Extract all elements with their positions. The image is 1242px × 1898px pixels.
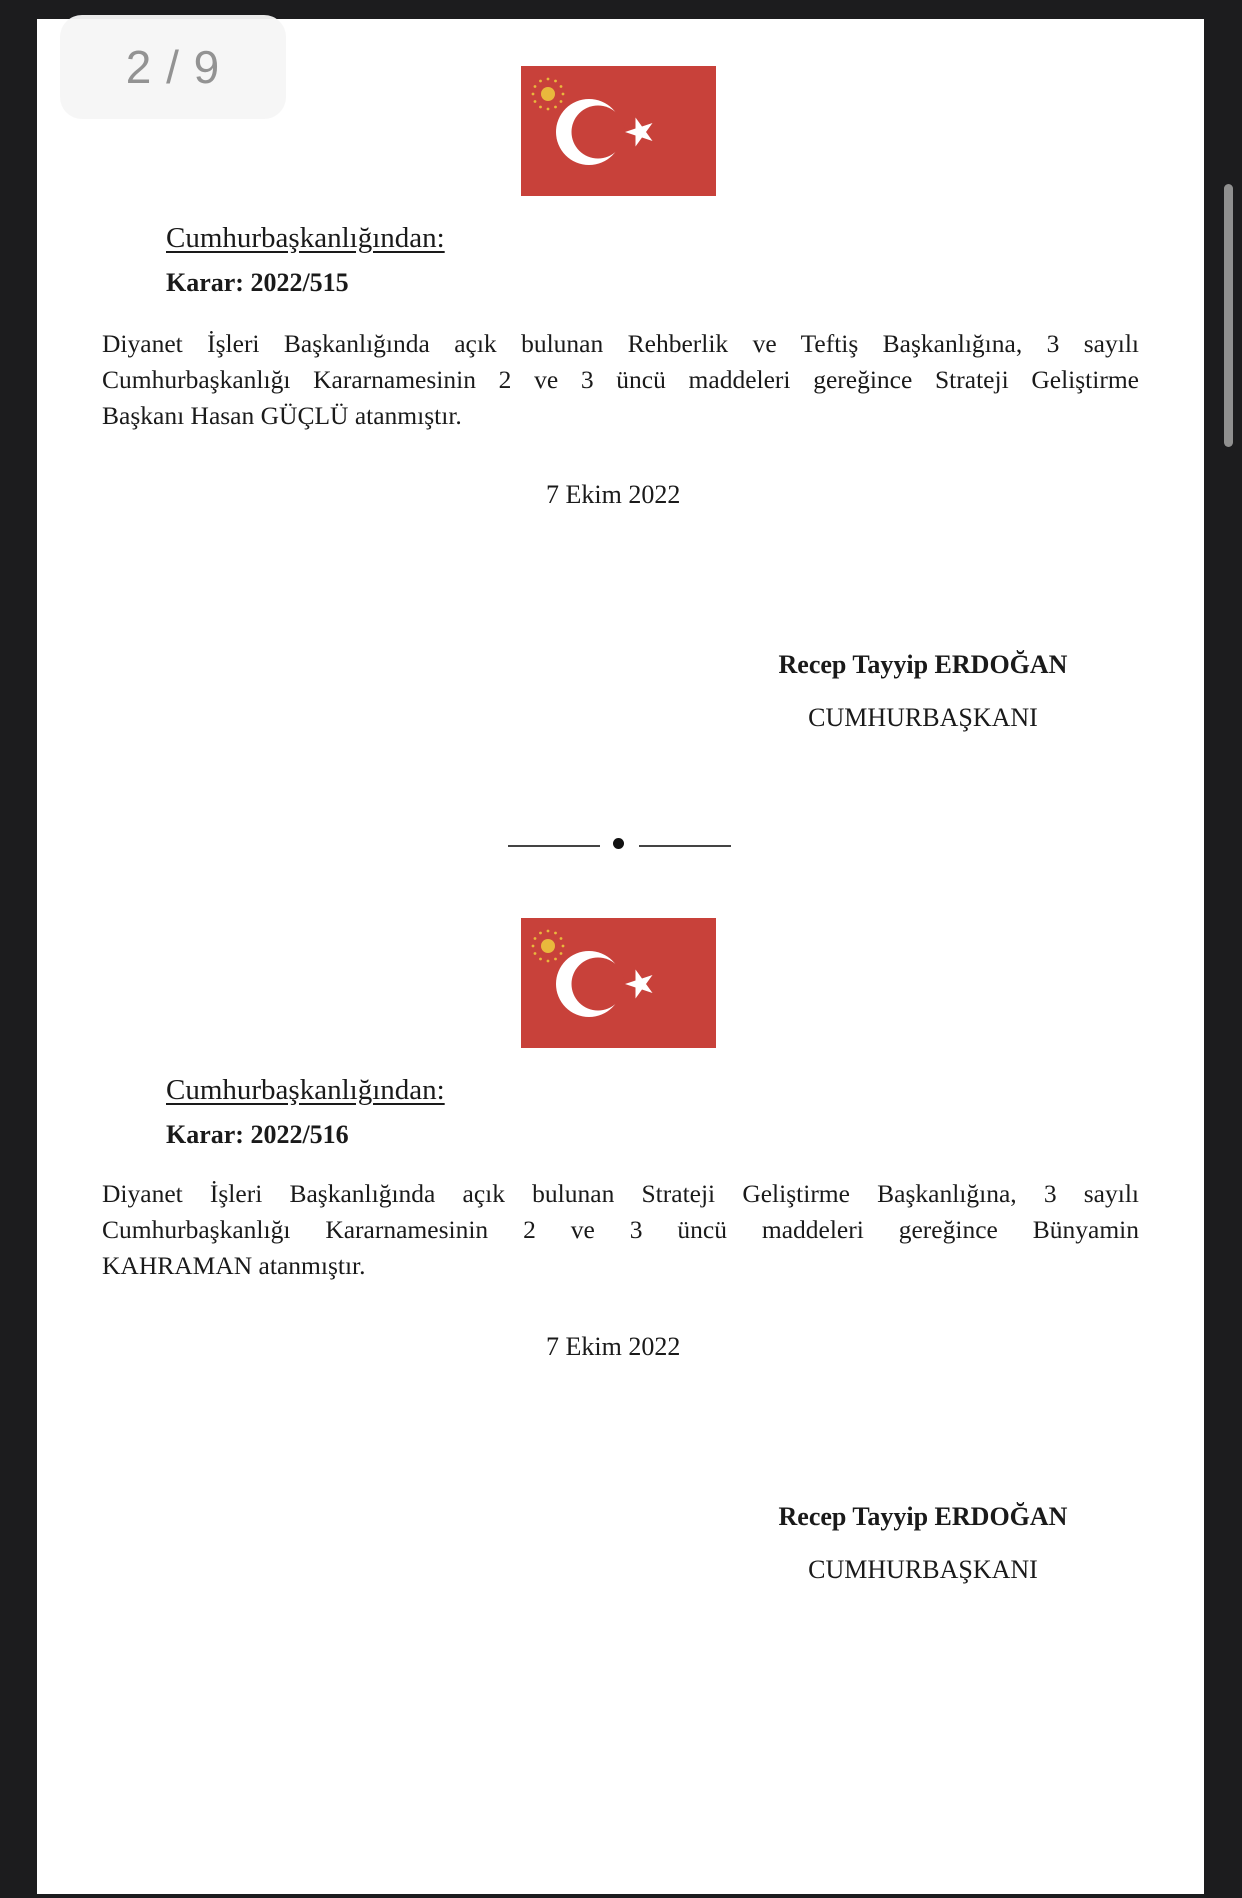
signatory-name: Recep Tayyip ERDOĞAN (763, 1502, 1083, 1532)
decision-body: Diyanet İşleri Başkanlığında açık buluna… (102, 1176, 1139, 1284)
divider-line-left (508, 845, 600, 847)
decision-body-line: KAHRAMAN atanmıştır. (102, 1248, 1139, 1284)
divider-dot (613, 838, 624, 849)
decision-body: Diyanet İşleri Başkanlığında açık buluna… (102, 326, 1139, 434)
signatory-title: CUMHURBAŞKANI (763, 1555, 1083, 1585)
presidential-flag-icon (521, 66, 716, 196)
decision-heading: Cumhurbaşkanlığından: (166, 222, 445, 255)
decision-body-line: Diyanet İşleri Başkanlığında açık buluna… (102, 326, 1139, 362)
decision-date: 7 Ekim 2022 (546, 480, 680, 510)
decision-heading: Cumhurbaşkanlığından: (166, 1074, 445, 1107)
decision-body-line: Cumhurbaşkanlığı Kararnamesinin 2 ve 3 ü… (102, 362, 1139, 398)
signatory-title: CUMHURBAŞKANI (763, 703, 1083, 733)
divider-line-right (639, 845, 731, 847)
decision-date: 7 Ekim 2022 (546, 1332, 680, 1362)
signatory-name: Recep Tayyip ERDOĞAN (763, 650, 1083, 680)
decision-number: Karar: 2022/516 (166, 1120, 349, 1150)
decision-body-line: Diyanet İşleri Başkanlığında açık buluna… (102, 1176, 1139, 1212)
decision-body-line: Başkanı Hasan GÜÇLÜ atanmıştır. (102, 398, 1139, 434)
presidential-flag-icon (521, 918, 716, 1048)
decision-body-line: Cumhurbaşkanlığı Kararnamesinin 2 ve 3 ü… (102, 1212, 1139, 1248)
page-indicator: 2 / 9 (60, 15, 286, 119)
section-divider (508, 836, 732, 852)
vertical-scrollbar[interactable] (1224, 184, 1233, 447)
decision-number: Karar: 2022/515 (166, 268, 349, 298)
